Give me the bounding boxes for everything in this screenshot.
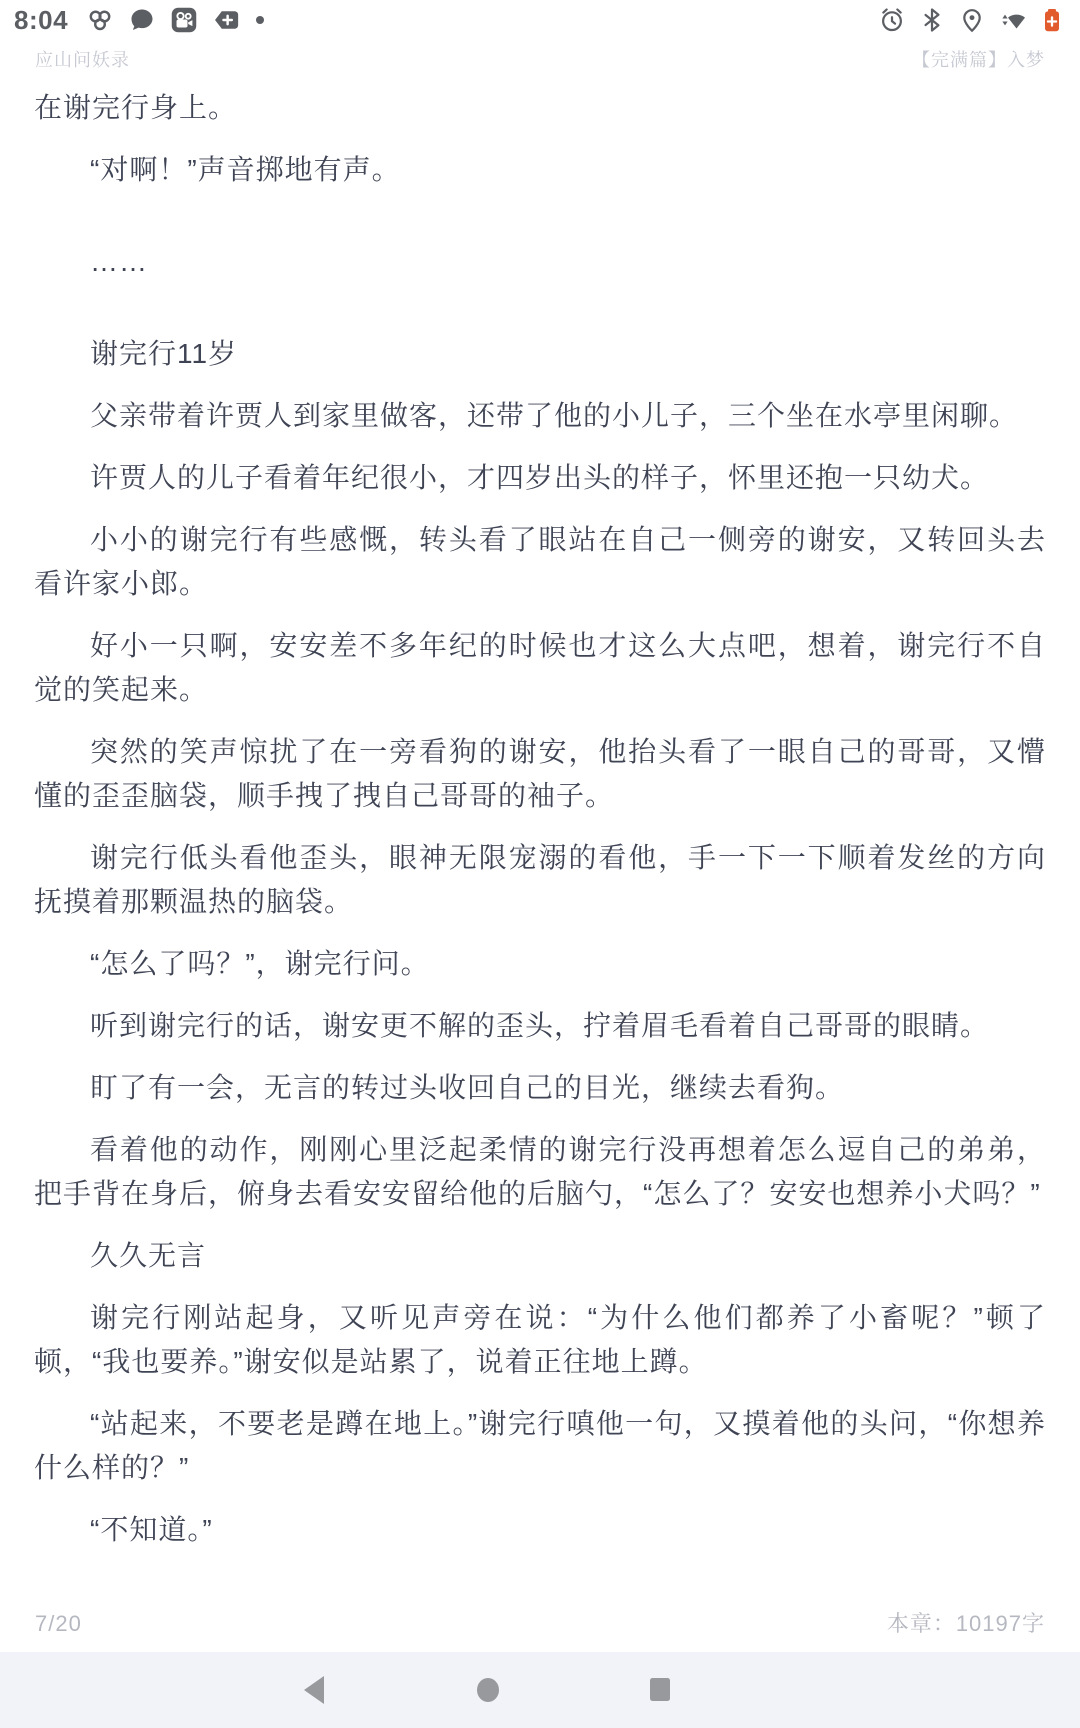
paragraph: 看着他的动作，刚刚心里泛起柔情的谢完行没再想着怎么逗自己的弟弟，把手背在身后，俯… [34, 1128, 1046, 1216]
paragraph: “不知道。” [34, 1508, 1046, 1552]
status-left-icons [86, 6, 264, 34]
paragraph: 小小的谢完行有些感慨，转头看了眼站在自己一侧旁的谢安，又转回头去看许家小郎。 [34, 518, 1046, 606]
chat-icon [128, 6, 156, 34]
paragraph: 突然的笑声惊扰了在一旁看狗的谢安，他抬头看了一眼自己的哥哥，又懵懂的歪歪脑袋，顺… [34, 730, 1046, 818]
reader-content[interactable]: 在谢完行身上。“对啊！”声音掷地有声。……谢完行11岁父亲带着许贾人到家里做客，… [34, 86, 1046, 1598]
battery-icon [1038, 6, 1066, 34]
paragraph: 谢完行11岁 [34, 332, 1046, 376]
cluster-icon [86, 6, 114, 34]
chapter-word-count: 本章：10197字 [887, 1607, 1045, 1638]
video-app-icon [170, 6, 198, 34]
page-indicator: 7/20 [35, 1611, 82, 1637]
alarm-icon [878, 6, 906, 34]
network-updown-wifi-icon [998, 6, 1026, 34]
android-nav-bar [0, 1652, 1080, 1728]
reader-footer: 7/20 本章：10197字 [35, 1607, 1045, 1638]
paragraph: 谢完行刚站起身，又听见声旁在说：“为什么他们都养了小畜呢？”顿了顿，“我也要养。… [34, 1296, 1046, 1384]
status-right-icons [878, 6, 1066, 34]
paragraph: “站起来，不要老是蹲在地上。”谢完行嗔他一句，又摸着他的头问，“你想养什么样的？… [34, 1402, 1046, 1490]
back-icon[interactable] [297, 1671, 335, 1709]
recents-icon[interactable] [641, 1671, 679, 1709]
notification-dot [256, 16, 264, 24]
home-icon[interactable] [469, 1671, 507, 1709]
reader-header: 应山问妖录 【完满篇】入梦 [35, 46, 1045, 72]
chapter-title: 【完满篇】入梦 [912, 46, 1045, 72]
paragraph: 久久无言 [34, 1234, 1046, 1278]
status-time: 8:04 [14, 5, 68, 36]
paragraph: 好小一只啊，安安差不多年纪的时候也才这么大点吧，想着，谢完行不自觉的笑起来。 [34, 624, 1046, 712]
paragraph: “怎么了吗？”，谢完行问。 [34, 942, 1046, 986]
paragraph: 听到谢完行的话，谢安更不解的歪头，拧着眉毛看着自己哥哥的眼睛。 [34, 1004, 1046, 1048]
status-bar: 8:04 [0, 0, 1080, 38]
paragraph: 父亲带着许贾人到家里做客，还带了他的小儿子，三个坐在水亭里闲聊。 [34, 394, 1046, 438]
bluetooth-icon [918, 6, 946, 34]
paragraph: 在谢完行身上。 [34, 86, 1046, 130]
paragraph: 许贾人的儿子看着年纪很小，才四岁出头的样子，怀里还抱一只幼犬。 [34, 456, 1046, 500]
paragraph: 盯了有一会，无言的转过头收回自己的目光，继续去看狗。 [34, 1066, 1046, 1110]
book-title: 应山问妖录 [35, 46, 130, 72]
tag-plus-icon [212, 6, 240, 34]
paragraph: …… [34, 240, 1046, 284]
paragraph: 谢完行低头看他歪头，眼神无限宠溺的看他，手一下一下顺着发丝的方向抚摸着那颗温热的… [34, 836, 1046, 924]
paragraph: “对啊！”声音掷地有声。 [34, 148, 1046, 192]
location-icon [958, 6, 986, 34]
reader-screen: 8:04 [0, 0, 1080, 1728]
